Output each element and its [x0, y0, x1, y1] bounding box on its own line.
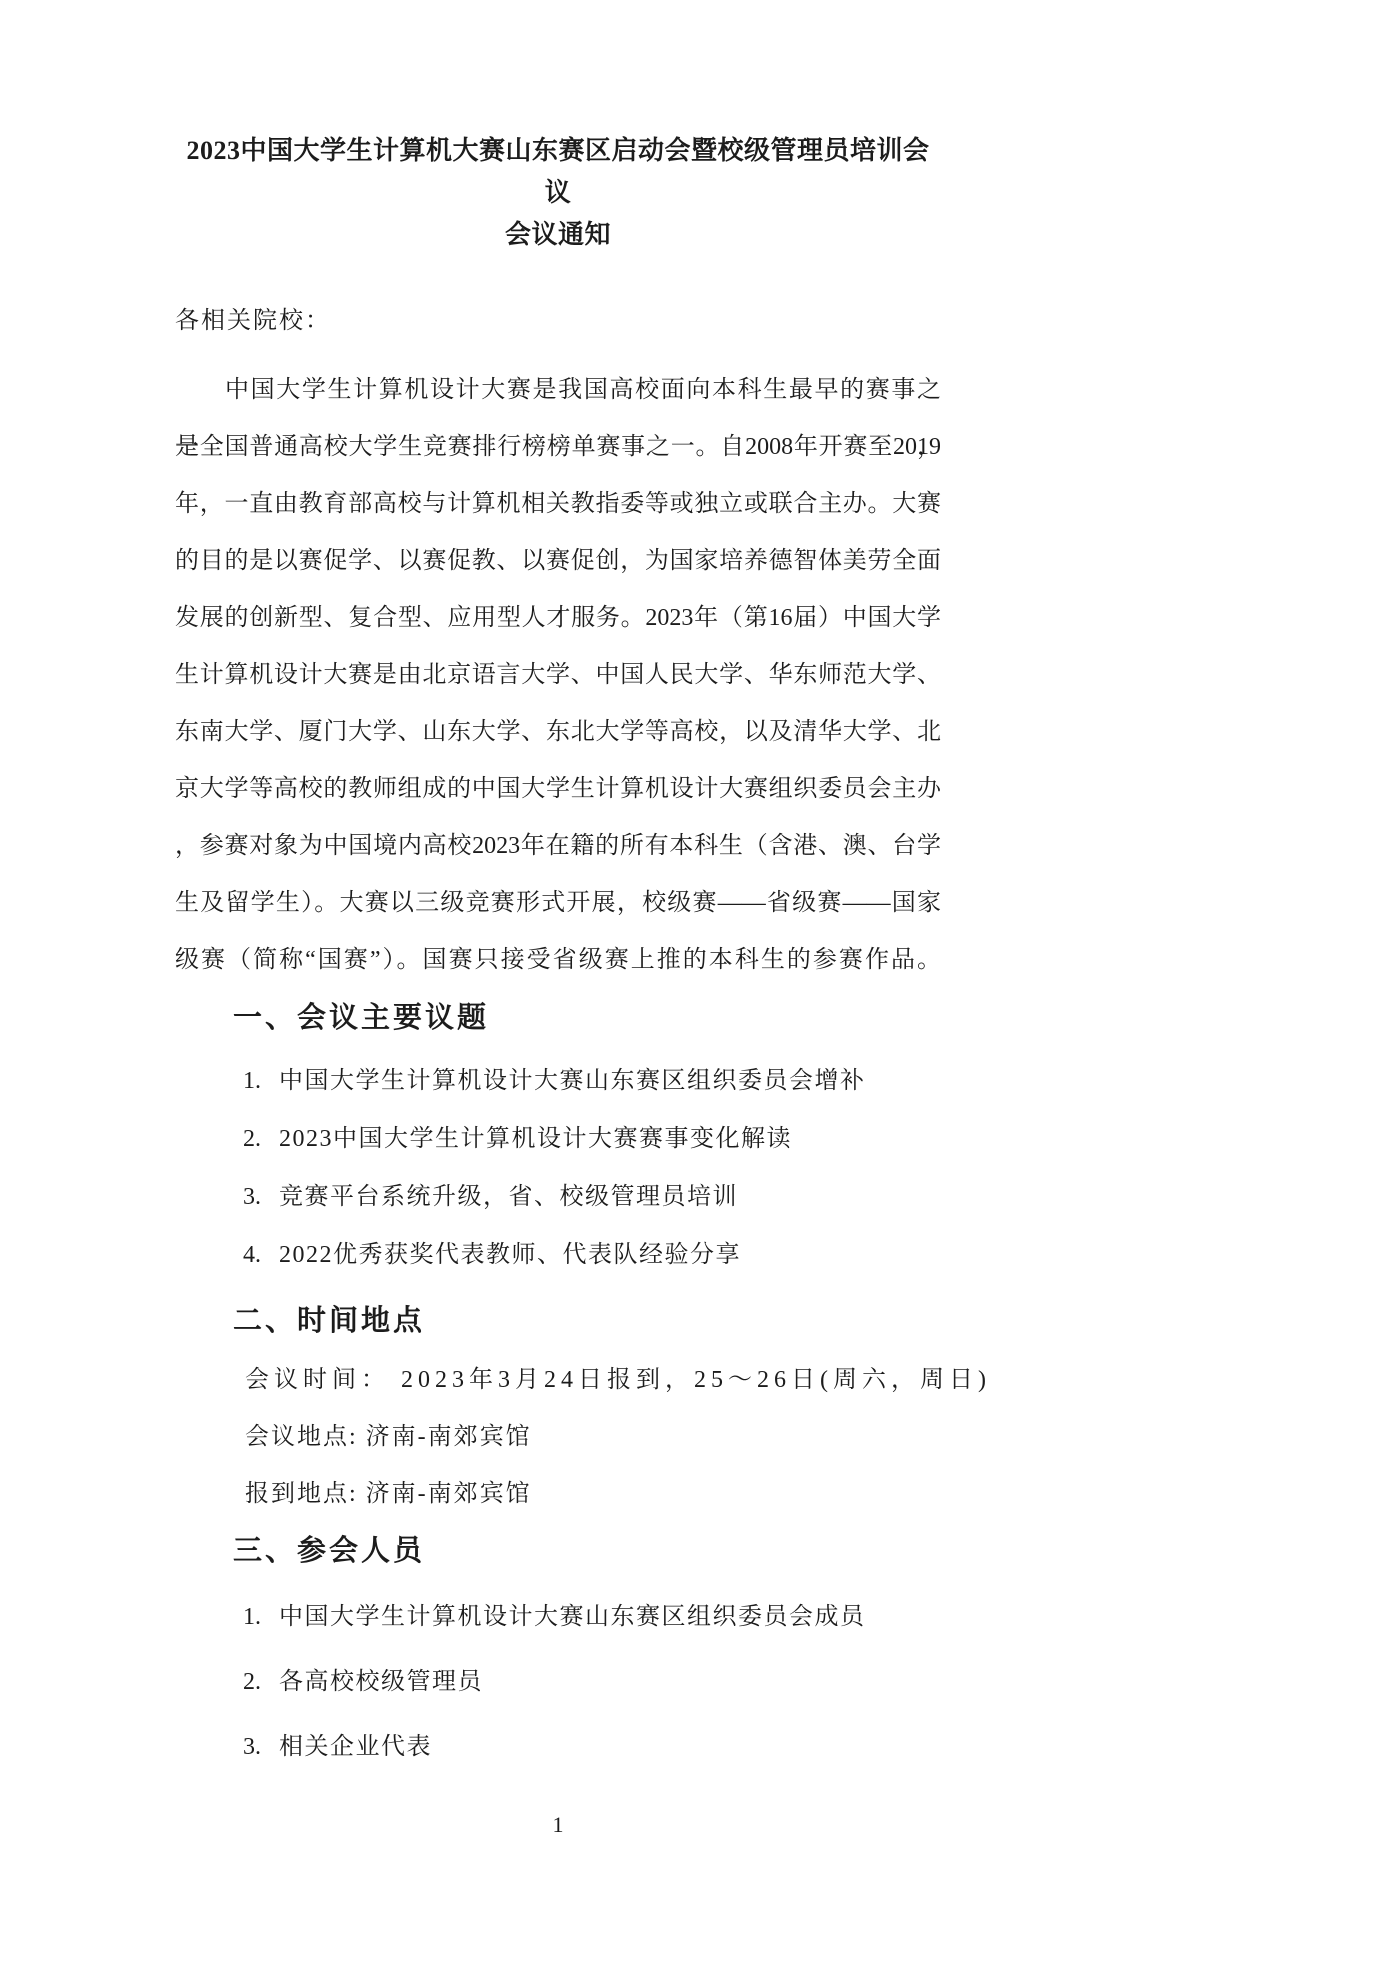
- attendee-item: 1.中国大学生计算机设计大赛山东赛区组织委员会成员: [243, 1585, 866, 1650]
- doc-title-line-2: 会议通知: [175, 214, 941, 256]
- item-text: 相关企业代表: [279, 1734, 432, 1760]
- attendee-item: 3.相关企业代表: [243, 1715, 866, 1780]
- time-place-info: 会议时间： 2023年3月24日报到，25～26日(周六，周日) 会议地点: 济…: [245, 1352, 991, 1523]
- item-number: 2.: [243, 1110, 279, 1168]
- intro-line: 是全国普通高校大学生竞赛排行榜榜单赛事之一。自2008年开赛至2019: [175, 419, 941, 476]
- intro-line: 中国大学生计算机设计大赛是我国高校面向本科生最早的赛事之一，: [175, 362, 941, 419]
- agenda-item: 1.中国大学生计算机设计大赛山东赛区组织委员会增补: [243, 1052, 866, 1110]
- intro-line: 京大学等高校的教师组成的中国大学生计算机设计大赛组织委员会主办: [175, 761, 941, 818]
- item-number: 1.: [243, 1052, 279, 1110]
- intro-line: 生计算机设计大赛是由北京语言大学、中国人民大学、华东师范大学、: [175, 647, 941, 704]
- intro-line: 东南大学、厦门大学、山东大学、东北大学等高校，以及清华大学、北: [175, 704, 941, 761]
- intro-line: 级赛（简称“国赛”）。国赛只接受省级赛上推的本科生的参赛作品。: [175, 932, 941, 989]
- document-page: 2023中国大学生计算机大赛山东赛区启动会暨校级管理员培训会议 会议通知 各相关…: [0, 0, 1400, 1977]
- checkin-place: 报到地点: 济南-南郊宾馆: [245, 1466, 991, 1523]
- time-place-section-heading: 二、时间地点: [233, 1298, 425, 1339]
- item-text: 各高校校级管理员: [279, 1669, 483, 1695]
- item-text: 2023中国大学生计算机设计大赛赛事变化解读: [279, 1126, 792, 1152]
- agenda-item: 3.竞赛平台系统升级，省、校级管理员培训: [243, 1168, 866, 1226]
- intro-line: 生及留学生）。大赛以三级竞赛形式开展，校级赛——省级赛——国家: [175, 875, 941, 932]
- item-text: 中国大学生计算机设计大赛山东赛区组织委员会成员: [279, 1604, 866, 1630]
- attendees-section-heading: 三、参会人员: [233, 1528, 425, 1569]
- intro-line: ，参赛对象为中国境内高校2023年在籍的所有本科生（含港、澳、台学: [175, 818, 941, 875]
- doc-title: 2023中国大学生计算机大赛山东赛区启动会暨校级管理员培训会议 会议通知: [175, 130, 941, 256]
- agenda-section-heading: 一、会议主要议题: [233, 995, 489, 1036]
- item-number: 4.: [243, 1226, 279, 1284]
- agenda-item: 2.2023中国大学生计算机设计大赛赛事变化解读: [243, 1110, 866, 1168]
- salutation: 各相关院校：: [175, 300, 331, 335]
- agenda-list: 1.中国大学生计算机设计大赛山东赛区组织委员会增补 2.2023中国大学生计算机…: [243, 1052, 866, 1284]
- attendees-list: 1.中国大学生计算机设计大赛山东赛区组织委员会成员 2.各高校校级管理员 3.相…: [243, 1585, 866, 1780]
- item-number: 2.: [243, 1650, 279, 1715]
- item-number: 3.: [243, 1168, 279, 1226]
- document-content: 2023中国大学生计算机大赛山东赛区启动会暨校级管理员培训会议 会议通知 各相关…: [175, 0, 941, 1977]
- item-number: 3.: [243, 1715, 279, 1780]
- agenda-item: 4.2022优秀获奖代表教师、代表队经验分享: [243, 1226, 866, 1284]
- item-text: 中国大学生计算机设计大赛山东赛区组织委员会增补: [279, 1068, 866, 1094]
- item-number: 1.: [243, 1585, 279, 1650]
- intro-line: 发展的创新型、复合型、应用型人才服务。2023年（第16届）中国大学: [175, 590, 941, 647]
- meeting-time: 会议时间： 2023年3月24日报到，25～26日(周六，周日): [245, 1352, 991, 1409]
- intro-line: 的目的是以赛促学、以赛促教、以赛促创，为国家培养德智体美劳全面: [175, 533, 941, 590]
- meeting-place: 会议地点: 济南-南郊宾馆: [245, 1409, 991, 1466]
- intro-paragraph: 中国大学生计算机设计大赛是我国高校面向本科生最早的赛事之一， 是全国普通高校大学…: [175, 362, 941, 989]
- item-text: 2022优秀获奖代表教师、代表队经验分享: [279, 1242, 741, 1268]
- attendee-item: 2.各高校校级管理员: [243, 1650, 866, 1715]
- page-number: 1: [175, 1812, 941, 1838]
- doc-title-line-1: 2023中国大学生计算机大赛山东赛区启动会暨校级管理员培训会议: [175, 130, 941, 214]
- item-text: 竞赛平台系统升级，省、校级管理员培训: [279, 1184, 738, 1210]
- intro-line: 年，一直由教育部高校与计算机相关教指委等或独立或联合主办。大赛: [175, 476, 941, 533]
